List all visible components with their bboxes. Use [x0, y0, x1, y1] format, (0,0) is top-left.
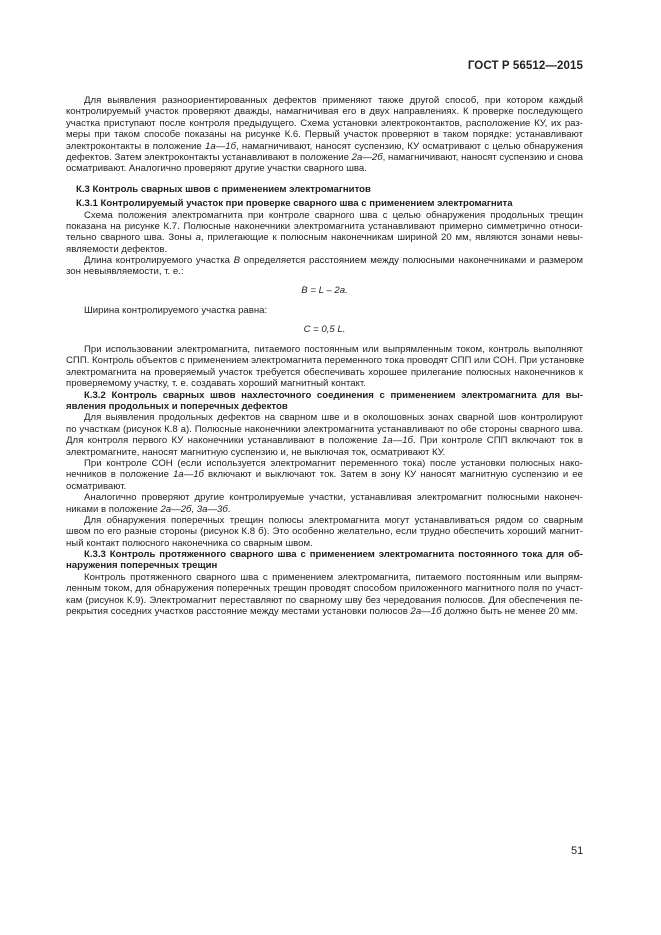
text-line: Схема положения электромагнита при контр… — [66, 210, 583, 221]
text-line: участка приступают после контроля предыд… — [66, 118, 583, 129]
text-line: Длина контролируемого участка В определя… — [66, 255, 583, 266]
paragraph-dc-electromagnet: При использовании электромагнита, питаем… — [66, 344, 583, 390]
document-standard-id: ГОСТ Р 56512—2015 — [468, 60, 583, 72]
paragraph-width: Ширина контролируемого участка равна: — [66, 305, 583, 316]
paragraph-extended-weld: Контроль протяженного сварного шва с при… — [66, 572, 583, 618]
heading-line: К.3.2 Контроль сварных швов нахлесточног… — [66, 390, 583, 401]
text-fragment: электроконтакты в положение — [66, 141, 205, 152]
position-label: 1а—1б — [173, 469, 204, 480]
text-fragment: . — [228, 504, 231, 515]
text-line: кам (рисунок К.9). Электромагнит переста… — [66, 595, 583, 606]
position-label: 2а—2б — [352, 152, 383, 163]
paragraph-son-control: При контроле СОН (если используется элек… — [66, 458, 583, 492]
text-line: При использовании электромагнита, питаем… — [66, 344, 583, 355]
paragraph-electromagnet-position: Схема положения электромагнита при контр… — [66, 210, 583, 256]
text-fragment: , намагничивают, наносят суспензию и сно… — [383, 152, 583, 163]
formula-width: C = 0,5 L. — [66, 324, 583, 335]
text-fragment: должно быть не менее 20 мм. — [442, 606, 578, 617]
formula-length: B = L – 2a. — [66, 285, 583, 296]
text-fragment: , намагничивают, наносят суспензию, КУ о… — [236, 141, 583, 152]
text-line: по участкам (рисунок К.8 а). Полюсные на… — [66, 424, 583, 435]
text-line: электромагнита на проверяемый участок тр… — [66, 367, 583, 378]
text-fragment: Для контроля первого КУ наконечники уста… — [66, 435, 382, 446]
text-fragment: тельно сварного шва. Зоны — [66, 232, 196, 243]
text-line: швом по его разные стороны (рисунок К.8 … — [66, 526, 583, 537]
text-fragment: дефектов. Затем электроконтакты устанавл… — [66, 152, 352, 163]
page-number: 51 — [571, 845, 583, 857]
text-line: осматривают. — [66, 481, 583, 492]
text-line: Для выявления разноориентированных дефек… — [66, 95, 583, 106]
section-heading-k3-3: К.3.3 Контроль протяженного сварного шва… — [66, 549, 583, 572]
paragraph-transverse-cracks: Для обнаружения поперечных трещин полюсы… — [66, 515, 583, 549]
text-line: меры при таком способе показаны на рисун… — [66, 129, 583, 140]
text-line: Контроль протяженного сварного шва с при… — [66, 572, 583, 583]
text-line: показана на рисунке К.7. Полюсные наконе… — [66, 221, 583, 232]
paragraph-length: Длина контролируемого участка В определя… — [66, 255, 583, 278]
text-line: никами в положение 2а—2б, 3а—3б. — [66, 504, 583, 515]
position-label: 1а—1б — [382, 435, 413, 446]
heading-line: явления продольных и поперечных дефектов — [66, 401, 583, 412]
text-line: тельно сварного шва. Зоны а, прилегающие… — [66, 232, 583, 243]
paragraph-other-areas: Аналогично проверяют другие контролируем… — [66, 492, 583, 515]
text-line: зон невыявляемости, т. е.: — [66, 266, 583, 277]
text-line: дефектов. Затем электроконтакты устанавл… — [66, 152, 583, 163]
document-page: ГОСТ Р 56512—2015 Для выявления разноори… — [0, 0, 661, 935]
text-fragment: рекрытия соседних участков расстояние ме… — [66, 606, 411, 617]
heading-line: К.3.3 Контроль протяженного сварного шва… — [66, 549, 583, 560]
paragraph-multidirectional-defects: Для выявления разноориентированных дефек… — [66, 95, 583, 175]
text-line: являемости дефектов. — [66, 244, 583, 255]
text-line: При контроле СОН (если используется элек… — [66, 458, 583, 469]
text-line: электромагните, наносят магнитную суспен… — [66, 447, 583, 458]
text-line: Для выявления продольных дефектов на сва… — [66, 412, 583, 423]
text-line: рекрытия соседних участков расстояние ме… — [66, 606, 583, 617]
text-line: нечников в положение 1а—1б включают и вы… — [66, 469, 583, 480]
position-label: 2а—2б, 3а—3б — [160, 504, 227, 515]
text-line: ный контакт полюсного наконечника со сва… — [66, 538, 583, 549]
text-line: ленным током, для обнаружения поперечных… — [66, 583, 583, 594]
text-fragment: . При контроле СПП включают ток в — [413, 435, 583, 446]
text-line: электроконтакты в положение 1а—1б, намаг… — [66, 141, 583, 152]
text-fragment: , прилегающие к полюсным наконечникам ши… — [201, 232, 583, 243]
text-line: проверяемому участку, т. е. создавать хо… — [66, 378, 583, 389]
document-body: Для выявления разноориентированных дефек… — [66, 95, 583, 617]
text-line: осматривают. Аналогично проверяют другие… — [66, 163, 583, 174]
text-line: контролируемый участок проверяют дважды,… — [66, 106, 583, 117]
text-fragment: Длина контролируемого участка — [84, 255, 234, 266]
position-label: 1а—1б — [205, 141, 236, 152]
text-fragment: включают и выключают ток. Затем в зону К… — [204, 469, 583, 480]
text-line: Для контроля первого КУ наконечники уста… — [66, 435, 583, 446]
text-fragment: никами в положение — [66, 504, 160, 515]
text-fragment: определяется расстоянием между полюсными… — [240, 255, 583, 266]
text-line: Аналогично проверяют другие контролируем… — [66, 492, 583, 503]
section-heading-k3: К.3 Контроль сварных швов с применением … — [66, 184, 583, 195]
heading-line: наружения поперечных трещин — [66, 560, 583, 571]
position-label: 2а—1б — [411, 606, 442, 617]
paragraph-longitudinal-defects: Для выявления продольных дефектов на сва… — [66, 412, 583, 458]
text-line: Для обнаружения поперечных трещин полюсы… — [66, 515, 583, 526]
text-line: СПП. Контроль объектов с применением эле… — [66, 355, 583, 366]
section-heading-k3-2: К.3.2 Контроль сварных швов нахлесточног… — [66, 390, 583, 413]
section-heading-k3-1: К.3.1 Контролируемый участок при проверк… — [66, 198, 583, 209]
text-fragment: нечников в положение — [66, 469, 173, 480]
